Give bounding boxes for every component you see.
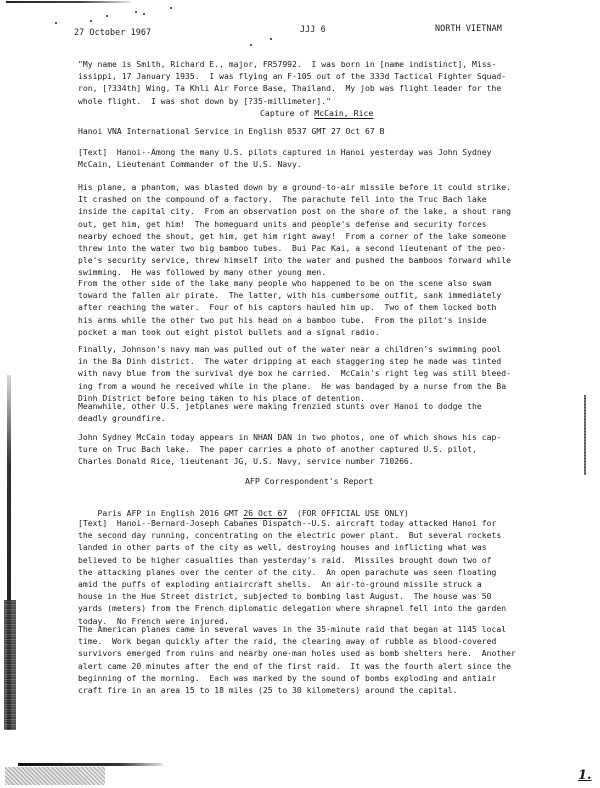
header-code: JJJ 6 (300, 24, 326, 34)
document-page: 27 October 1967 JJJ 6 NORTH VIETNAM "My … (0, 0, 600, 788)
vna-paragraph-5: Meanwhile, other U.S. jetplanes were mak… (78, 401, 576, 425)
vna-paragraph-6: John Sydney McCain today appears in NHAN… (78, 432, 576, 469)
afp-dateline-prefix: Paris AFP in English 2016 GMT (97, 509, 243, 518)
scan-bottom-edge (18, 763, 163, 766)
header-region: NORTH VIETNAM (435, 23, 502, 33)
vna-paragraph-3: From the other side of the lake many peo… (78, 278, 576, 339)
scan-speck (106, 15, 108, 17)
scan-left-edge-noise (4, 600, 16, 730)
quote-paragraph: "My name is Smith, Richard E., major, FR… (78, 59, 576, 108)
vna-paragraph-4: Finally, Johnson's navy man was pulled o… (78, 344, 576, 405)
afp-heading: AFP Correspondent's Report (245, 476, 373, 486)
page-number: 1. (578, 768, 592, 783)
scan-speck (250, 44, 252, 46)
capture-heading-names: McCain, Rice (314, 108, 373, 118)
vna-dateline: Hanoi VNA International Service in Engli… (78, 126, 576, 138)
scan-streak-top (6, 1, 131, 3)
afp-dateline-classification: (FOR OFFICIAL USE ONLY) (287, 509, 409, 518)
scan-speck (90, 20, 92, 22)
scan-speck (270, 38, 272, 40)
vna-paragraph-1: [Text] Hanoi--Among the many U.S. pilots… (78, 147, 576, 171)
afp-paragraph-1: [Text] Hanoi--Bernard-Joseph Cabanes Dis… (78, 518, 576, 628)
vna-paragraph-2: His plane, a phantom, was blasted down b… (78, 182, 576, 280)
afp-dateline-date: 26 Oct 67 (243, 509, 287, 518)
scan-speck (55, 22, 57, 24)
header-date: 27 October 1967 (74, 27, 151, 37)
scan-right-mark (584, 395, 586, 475)
capture-heading: Capture of McCain, Rice (260, 108, 373, 118)
capture-heading-prefix: Capture of (260, 108, 314, 118)
scan-bottom-noise (5, 767, 105, 785)
afp-paragraph-2: The American planes came in several wave… (78, 624, 576, 697)
scan-speck (170, 7, 172, 9)
scan-speck (143, 13, 145, 15)
scan-speck (135, 11, 137, 13)
